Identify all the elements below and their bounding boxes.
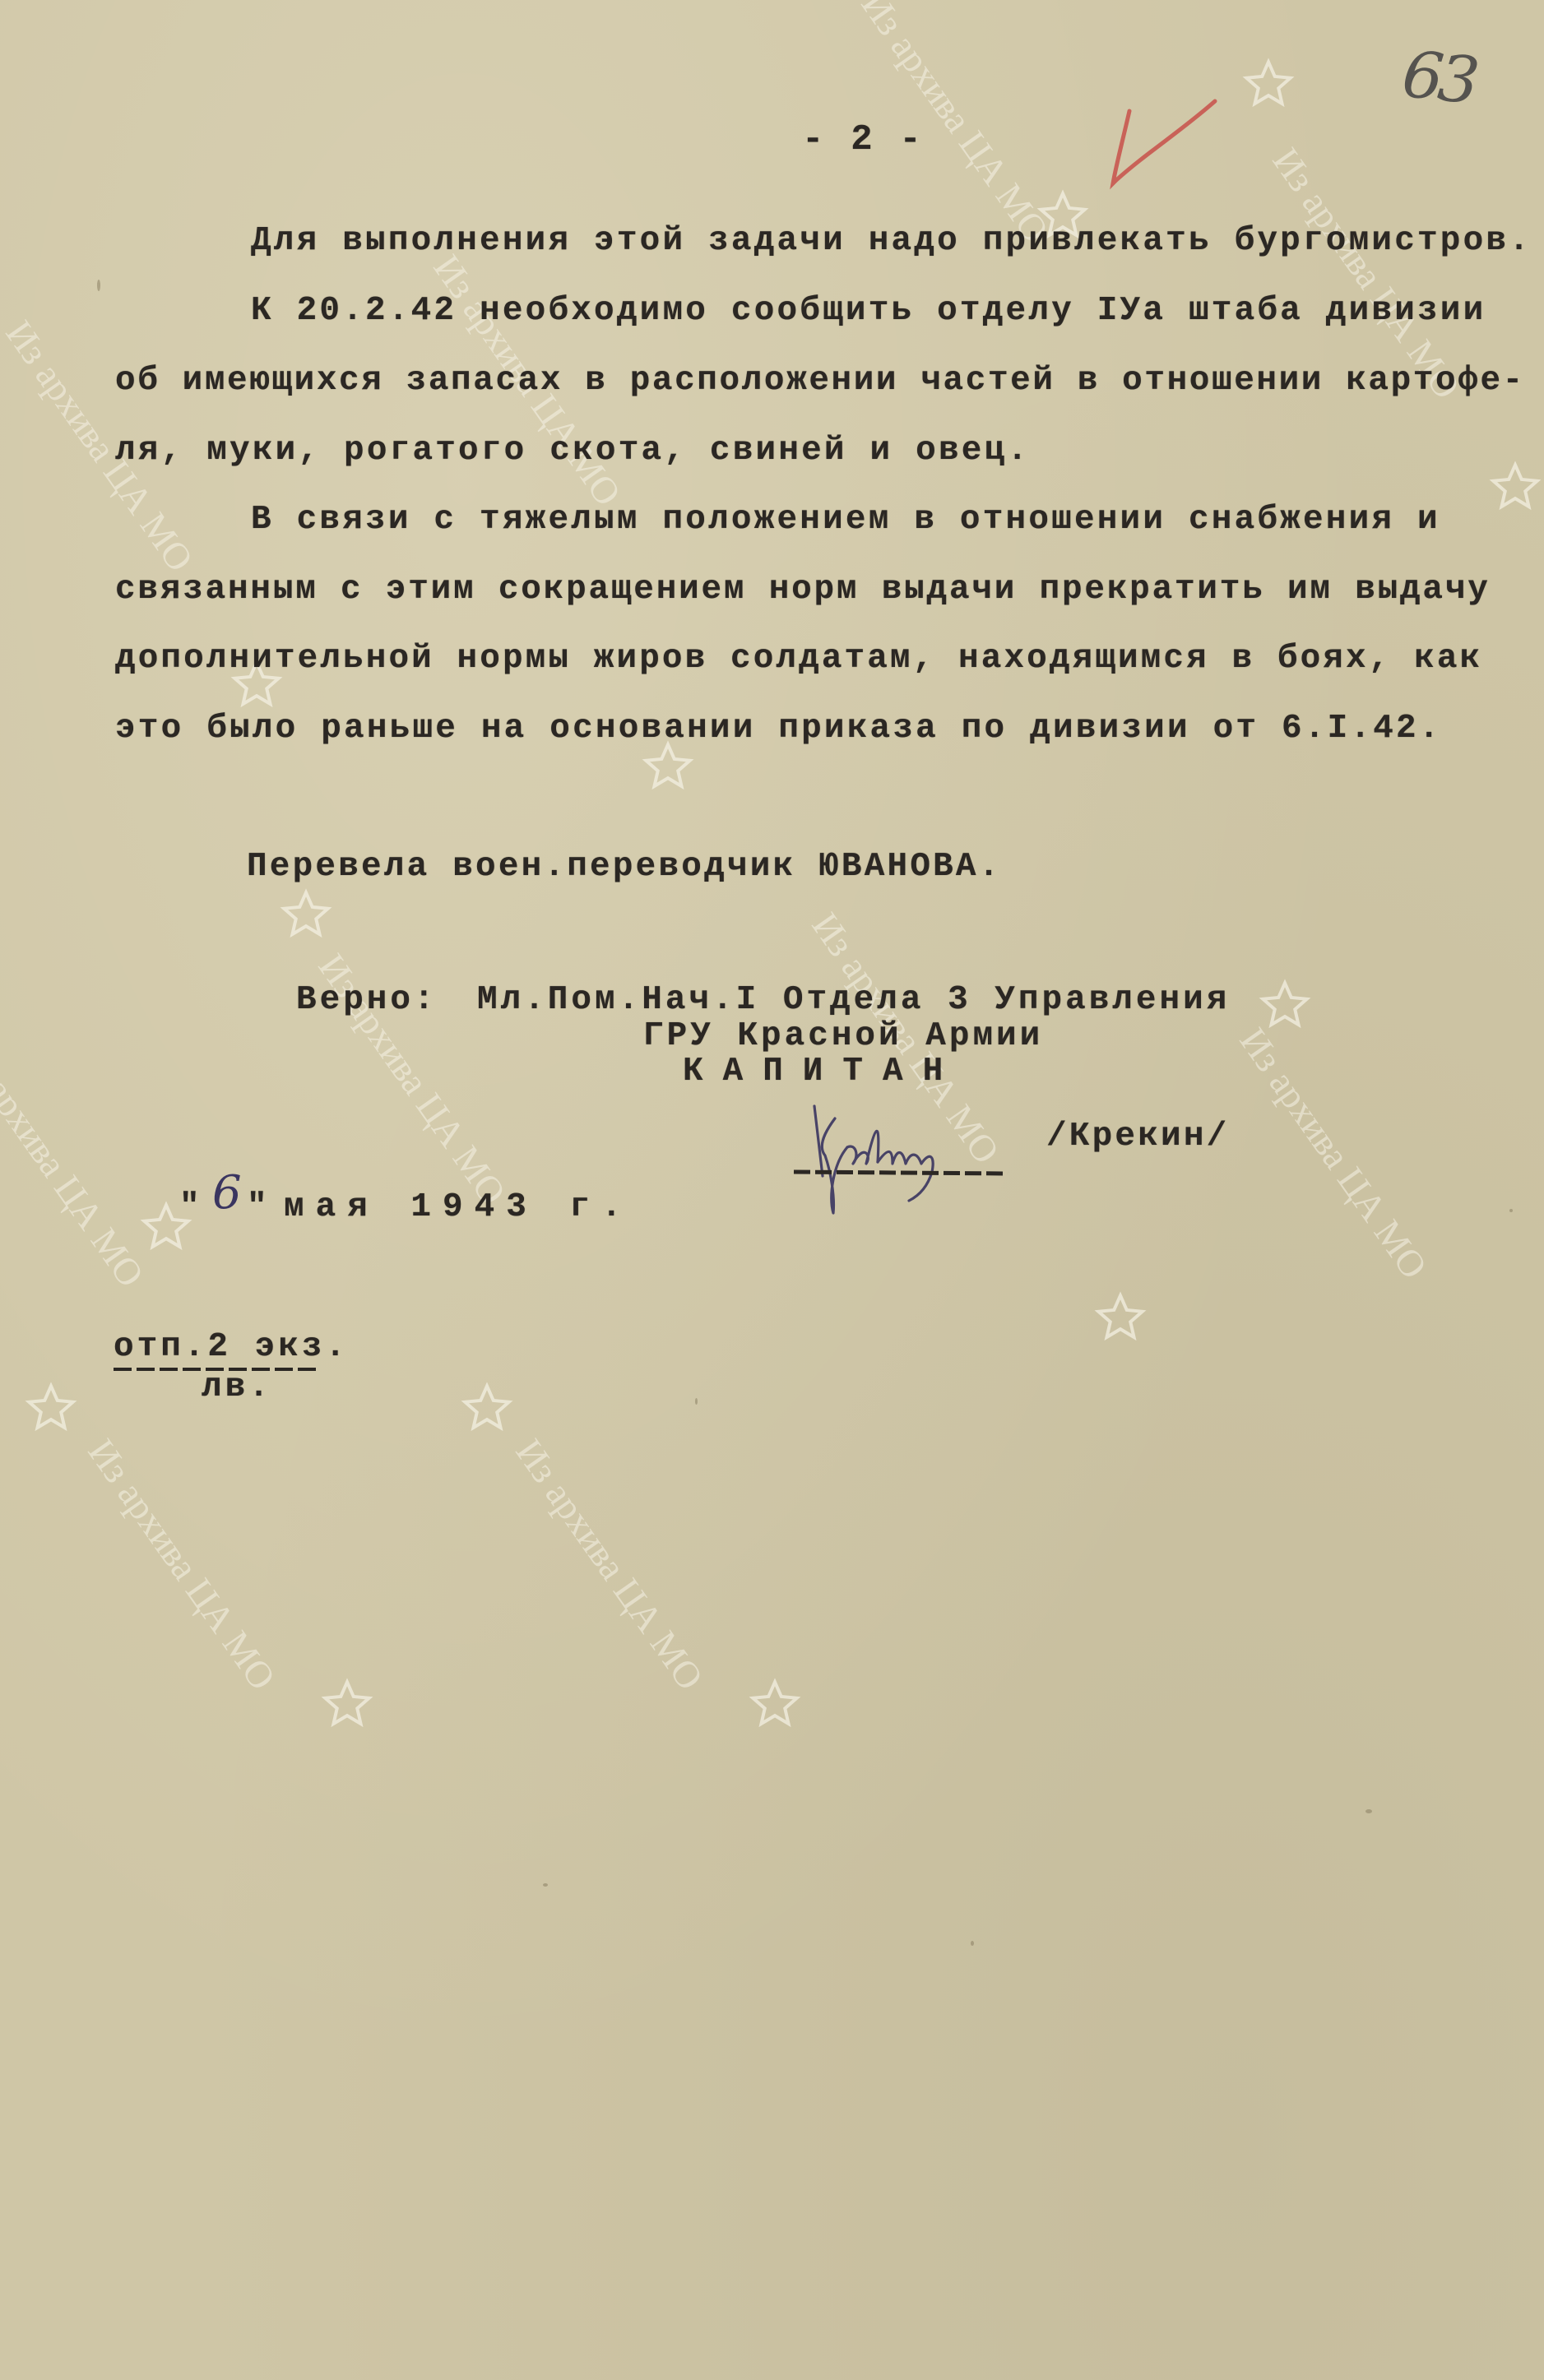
body-text-line: ля, муки, рогатого скота, свиней и овец. [115,434,1030,468]
folio-number: 63 [1399,38,1478,119]
typist-initials: лв. [202,1371,272,1405]
body-text-line: дополнительной нормы жиров солдатам, нах… [115,642,1482,676]
paper-speck [971,1941,974,1946]
paper-speck [695,1398,698,1405]
date-day-handwritten: 6 [212,1166,242,1220]
translator-line: Перевела воен.переводчик ЮВАНОВА. [247,850,1002,884]
date-close-quote: " [247,1191,270,1225]
paper-speck [1509,1209,1513,1212]
date-open-quote: " [179,1191,202,1225]
date-month-year: мая 1943 г. [284,1191,633,1225]
rank-label: КАПИТАН [683,1055,962,1089]
body-text-line: К 20.2.42 необходимо сообщить отделу IУа… [251,294,1486,328]
body-text-line: это было раньше на основании приказа по … [115,712,1442,746]
paper-speck [543,1883,548,1887]
position-line-2: ГРУ Красной Армии [643,1020,1043,1053]
signature-name: /Крекин/ [1046,1120,1229,1154]
body-text-line: Для выполнения этой задачи надо привлека… [251,225,1532,258]
handwritten-signature [786,1098,1041,1221]
position-line-1: Мл.Пом.Нач.I Отдела 3 Управления [477,984,1230,1017]
paper-speck [1365,1809,1372,1813]
verno-label: Верно: [296,984,438,1017]
body-text-line: В связи с тяжелым положением в отношении… [251,503,1440,537]
body-text-line: связанным с этим сокращением норм выдачи… [115,573,1491,607]
body-text-line: об имеющихся запасах в расположении част… [115,364,1525,398]
page-number: - 2 - [802,122,924,158]
red-checkmark-icon [1098,95,1230,193]
copies-note: отп.2 экз. [114,1331,349,1364]
paper-speck [97,280,100,291]
